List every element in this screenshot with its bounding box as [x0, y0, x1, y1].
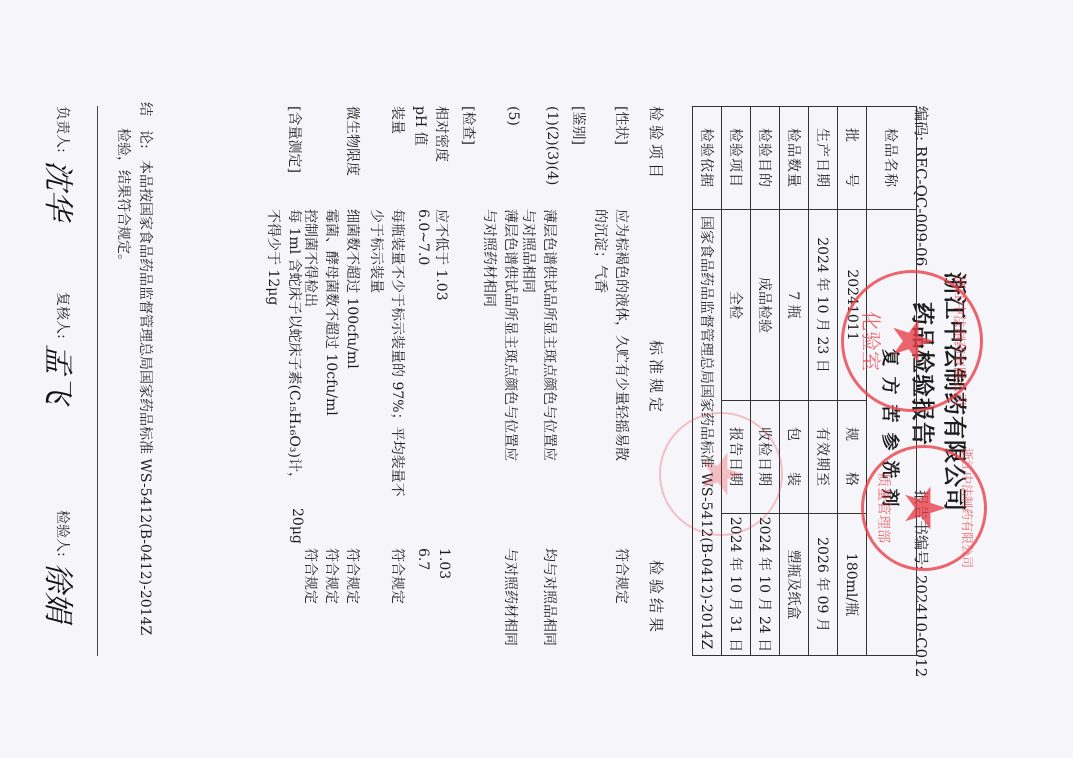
inspection-report-page: 浙江中法制药有限公司 药品检验报告 编码: REC-QC-009-06 报告书编…	[0, 0, 1073, 758]
package-label: 包 装	[780, 401, 809, 514]
result-value: 均与对照品相同	[540, 548, 560, 646]
package-value: 塑瓶及纸盒	[780, 514, 809, 656]
result-value: 6.7	[415, 548, 431, 570]
conclusion-line-2: 检验，结果符合规定。	[114, 128, 134, 268]
product-name: 复方苦参洗剂	[867, 210, 917, 656]
result-standard-text: 薄层色谱供试品所显主斑点颜色与位置应	[540, 209, 560, 461]
result-item-label: pH 值	[411, 106, 431, 146]
mfg-date-value: 2024 年 10 月 23 日	[809, 210, 838, 401]
result-standard-text: 应不低于 1.03	[432, 209, 452, 301]
inspector-label: 检验人:	[53, 510, 73, 557]
result-value: 符合规定	[322, 548, 342, 604]
spec-label: 规 格	[838, 401, 867, 514]
result-standard-text: 的沉淀；气香	[591, 209, 611, 293]
purpose-label: 检验目的	[751, 107, 780, 210]
signature-divider	[97, 106, 98, 656]
result-standard-text: 6.0~7.0	[415, 209, 431, 265]
expiry-value: 2026 年 09 月	[809, 514, 838, 656]
result-standard-text: 与对照品相同	[519, 209, 539, 293]
quantity-label: 检品数量	[780, 107, 809, 210]
result-value: 1.03	[436, 548, 452, 579]
result-value: 符合规定	[301, 548, 321, 604]
result-value: 20μg	[289, 508, 305, 544]
result-standard-text: 霉菌、酵母菌数不超过 10cfu/ml	[322, 209, 342, 416]
table-row: 检品名称 复方苦参洗剂	[867, 107, 917, 656]
result-standard-text: 应为棕褐色的液体，久贮有少量轻摇易散	[612, 209, 632, 461]
result-item-label: 相对密度	[432, 106, 452, 162]
purpose-value: 成品检验	[751, 210, 780, 401]
results-col-result: 检验结果	[646, 560, 667, 636]
result-value: 符合规定	[612, 548, 632, 604]
reviewer-signature: 孟飞	[39, 344, 83, 404]
result-standard-text: 薄层色谱供试品所显主斑点颜色与位置应	[501, 209, 521, 461]
report-date-label: 报告日期	[722, 401, 751, 514]
quantity-value: 7 瓶	[780, 210, 809, 401]
product-name-label: 检品名称	[867, 107, 917, 210]
result-item-label: [含量测定]	[285, 106, 305, 173]
basis-label: 检验依据	[693, 107, 722, 210]
items-label: 检验项目	[722, 107, 751, 210]
result-standard-text: 细菌数不超过 100cfu/ml	[343, 209, 363, 369]
result-item-label: [检查]	[459, 106, 479, 145]
result-item-label: [性状]	[612, 106, 632, 145]
result-item-label: 微生物限度	[343, 106, 363, 176]
report-date-value: 2024 年 10 月 31 日	[722, 514, 751, 656]
company-name: 浙江中法制药有限公司	[940, 272, 973, 512]
spec-value: 180ml/瓶	[838, 514, 867, 656]
conclusion-label: 结 论:	[136, 102, 156, 149]
batch-label: 批 号	[838, 107, 867, 210]
table-row: 检验依据 国家食品药品监督管理总局国家药品标准 WS-5412(B-0412)-…	[693, 107, 722, 656]
inspector-signature: 徐娟	[39, 562, 83, 622]
result-item-label: [鉴别]	[569, 106, 589, 145]
items-value: 全检	[722, 210, 751, 401]
result-standard-text: 每 1ml 含蛇床子以蛇床子素(C₁₅H₁₆O₃)计，	[285, 209, 305, 486]
result-item-label: 装量	[388, 106, 408, 134]
result-standard-text: 不得少于 12μg	[264, 209, 284, 305]
results-col-standard: 标准规定	[646, 340, 667, 416]
reviewer-label: 复核人:	[53, 292, 73, 339]
result-value: 符合规定	[388, 548, 408, 604]
table-row: 批 号 20241011 规 格 180ml/瓶	[838, 107, 867, 656]
result-value: 与对照药材相同	[501, 548, 521, 646]
mfg-date-label: 生产日期	[809, 107, 838, 210]
responsible-signature: 沈华	[39, 160, 83, 220]
table-row: 检验目的 成品检验 收检日期 2024 年 10 月 24 日	[751, 107, 780, 656]
results-col-item: 检验项目	[646, 106, 667, 182]
result-value: 符合规定	[343, 548, 363, 604]
table-row: 检验项目 全检 报告日期 2024 年 10 月 31 日	[722, 107, 751, 656]
received-date-value: 2024 年 10 月 24 日	[751, 514, 780, 656]
received-date-label: 收检日期	[751, 401, 780, 514]
result-item-label: (5)	[505, 106, 521, 126]
basis-value: 国家食品药品监督管理总局国家药品标准 WS-5412(B-0412)-2014Z	[693, 210, 722, 656]
sample-info-table: 检品名称 复方苦参洗剂 批 号 20241011 规 格 180ml/瓶 生产日…	[692, 106, 917, 656]
result-standard-text: 少于标示装量	[367, 209, 387, 293]
responsible-label: 负责人:	[53, 106, 73, 153]
result-item-label: (1)(2)(3)(4)	[544, 106, 560, 185]
result-standard-text: 每瓶装量不少于标示装量的 97%；平均装量不	[388, 209, 408, 497]
result-standard-text: 与对照药材相同	[480, 209, 500, 307]
batch-value: 20241011	[838, 210, 867, 401]
table-row: 生产日期 2024 年 10 月 23 日 有效期至 2026 年 09 月	[809, 107, 838, 656]
table-row: 检品数量 7 瓶 包 装 塑瓶及纸盒	[780, 107, 809, 656]
conclusion-line-1: 本品按国家食品药品监督管理总局国家药品标准 WS-5412(B-0412)-20…	[136, 160, 156, 635]
expiry-label: 有效期至	[809, 401, 838, 514]
